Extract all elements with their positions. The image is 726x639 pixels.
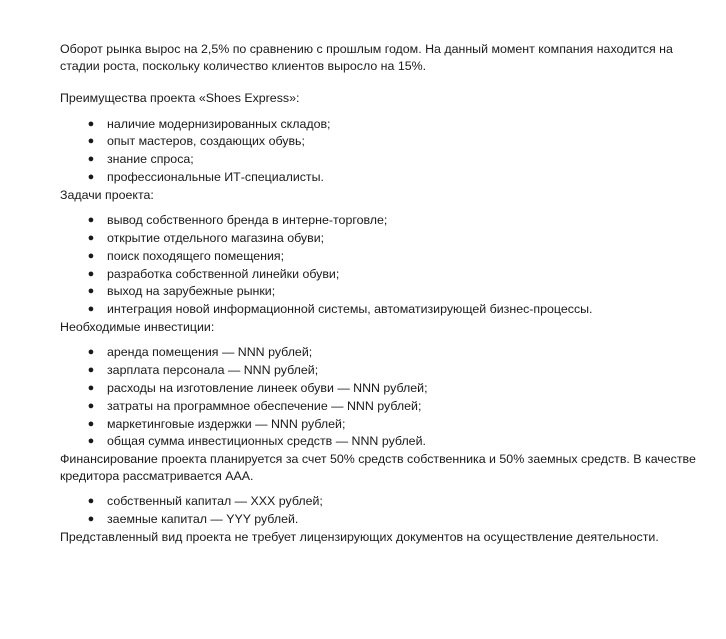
- advantages-heading: Преимущества проекта «Shoes Express»:: [60, 90, 700, 107]
- list-item: опыт мастеров, создающих обувь;: [60, 133, 700, 151]
- bullet-icon: [85, 301, 97, 319]
- bullet-icon: [85, 416, 97, 434]
- investments-heading: Необходимые инвестиции:: [60, 319, 700, 336]
- list-item: аренда помещения — NNN рублей;: [60, 344, 700, 362]
- bullet-icon: [85, 433, 97, 451]
- bullet-icon: [85, 344, 97, 362]
- list-item: открытие отдельного магазина обуви;: [60, 230, 700, 248]
- bullet-icon: [85, 283, 97, 301]
- financing-list: собственный капитал — XXX рублей; заемны…: [60, 493, 700, 529]
- bullet-icon: [85, 380, 97, 398]
- document-body: Оборот рынка вырос на 2,5% по сравнению …: [60, 41, 700, 545]
- bullet-icon: [85, 230, 97, 248]
- advantages-list: наличие модернизированных складов; опыт …: [60, 116, 700, 187]
- bullet-icon: [85, 362, 97, 380]
- bullet-icon: [85, 511, 97, 529]
- investments-list: аренда помещения — NNN рублей; зарплата …: [60, 344, 700, 451]
- list-item: расходы на изготовление линеек обуви — N…: [60, 380, 700, 398]
- list-item: заемные капитал — YYY рублей.: [60, 511, 700, 529]
- list-item: затраты на программное обеспечение — NNN…: [60, 398, 700, 416]
- list-item: знание спроса;: [60, 151, 700, 169]
- bullet-icon: [85, 398, 97, 416]
- tasks-heading: Задачи проекта:: [60, 187, 700, 204]
- list-item: интеграция новой информационной системы,…: [60, 301, 700, 319]
- list-item: профессиональные ИТ-специалисты.: [60, 169, 700, 187]
- bullet-icon: [85, 133, 97, 151]
- list-item: разработка собственной линейки обуви;: [60, 266, 700, 284]
- bullet-icon: [85, 266, 97, 284]
- bullet-icon: [85, 212, 97, 230]
- bullet-icon: [85, 116, 97, 134]
- bullet-icon: [85, 248, 97, 266]
- list-item: вывод собственного бренда в интерне-торг…: [60, 212, 700, 230]
- bullet-icon: [85, 151, 97, 169]
- list-item: зарплата персонала — NNN рублей;: [60, 362, 700, 380]
- list-item: наличие модернизированных складов;: [60, 116, 700, 134]
- financing-paragraph: Финансирование проекта планируется за сч…: [60, 451, 700, 484]
- list-item: выход на зарубежные рынки;: [60, 283, 700, 301]
- intro-paragraph: Оборот рынка вырос на 2,5% по сравнению …: [60, 41, 700, 74]
- closing-paragraph: Представленный вид проекта не требует ли…: [60, 529, 700, 546]
- bullet-icon: [85, 493, 97, 511]
- list-item: поиск походящего помещения;: [60, 248, 700, 266]
- list-item: общая сумма инвестиционных средств — NNN…: [60, 433, 700, 451]
- tasks-list: вывод собственного бренда в интерне-торг…: [60, 212, 700, 319]
- list-item: маркетинговые издержки — NNN рублей;: [60, 416, 700, 434]
- bullet-icon: [85, 169, 97, 187]
- list-item: собственный капитал — XXX рублей;: [60, 493, 700, 511]
